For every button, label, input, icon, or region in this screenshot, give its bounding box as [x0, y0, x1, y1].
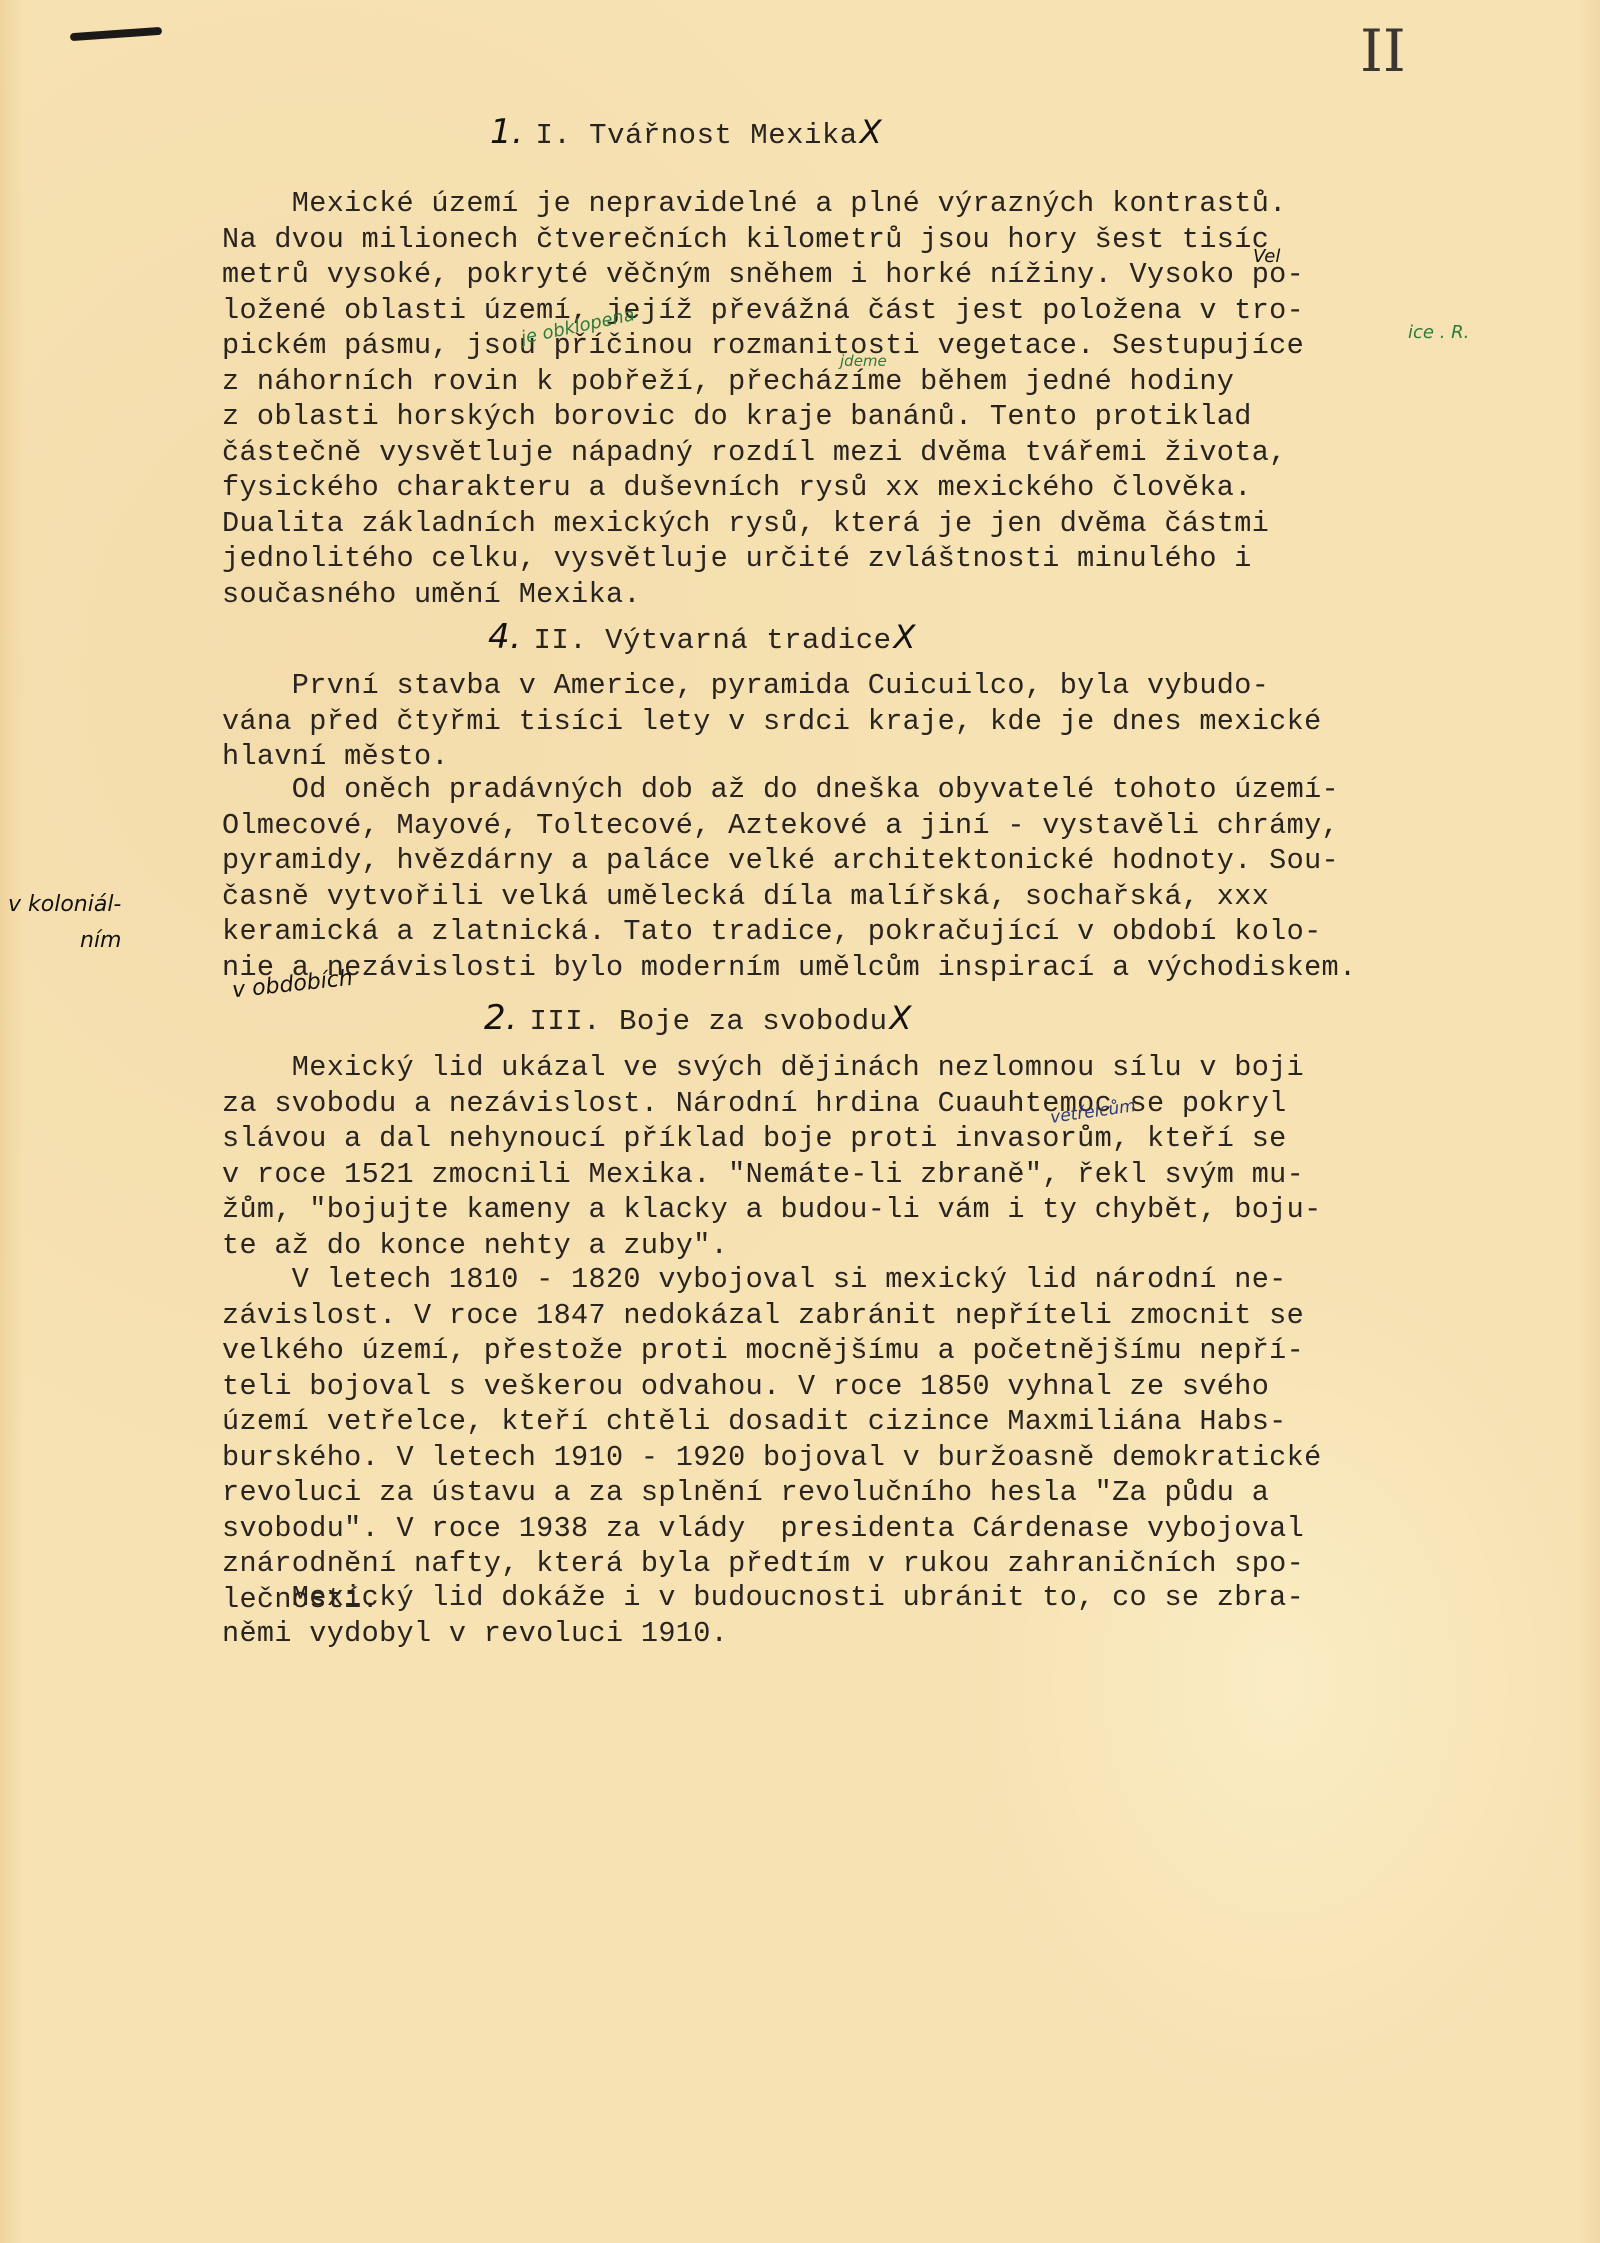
section-3-paragraph-3: Mexický lid dokáže i v budoucnosti ubrán… — [222, 1580, 1522, 1651]
section-heading-3: 2.III. Boje za svoboduX — [484, 998, 912, 1038]
text-line: keramická a zlatnická. Tato tradice, pok… — [222, 914, 1522, 950]
text-line: svobodu". V roce 1938 za vlády president… — [222, 1511, 1522, 1547]
check-mark-icon: X — [890, 999, 912, 1037]
section-2-paragraph-2: Od oněch pradávných dob až do dneška oby… — [222, 772, 1522, 985]
text-line: V letech 1810 - 1820 vybojoval si mexick… — [222, 1262, 1522, 1298]
handwritten-section-number: 1. — [490, 112, 523, 152]
check-mark-icon: X — [894, 618, 916, 656]
text-line: znárodnění nafty, která byla předtím v r… — [222, 1546, 1522, 1582]
handwritten-section-number: 2. — [484, 998, 517, 1038]
text-line: Mexický lid dokáže i v budoucnosti ubrán… — [222, 1580, 1522, 1616]
section-1-paragraph-1: Mexické území je nepravidelné a plné výr… — [222, 186, 1522, 612]
text-line: za svobodu a nezávislost. Národní hrdina… — [222, 1086, 1522, 1122]
text-line: ložené oblasti území, jejíž převážná čás… — [222, 293, 1522, 329]
text-line: metrů vysoké, pokryté věčným sněhem i ho… — [222, 257, 1522, 293]
text-line: území vetřelce, kteří chtěli dosadit ciz… — [222, 1404, 1522, 1440]
text-line: časně vytvořili velká umělecká díla malí… — [222, 879, 1522, 915]
section-title: II. Výtvarná tradice — [533, 624, 891, 657]
text-line: vána před čtyřmi tisíci lety v srdci kra… — [222, 704, 1522, 740]
text-line: velkého území, přestože proti mocnějšímu… — [222, 1333, 1522, 1369]
text-line: slávou a dal nehynoucí příklad boje prot… — [222, 1121, 1522, 1157]
text-line: te až do konce nehty a zuby". — [222, 1228, 1522, 1264]
section-3-paragraph-2: V letech 1810 - 1820 vybojoval si mexick… — [222, 1262, 1522, 1617]
text-line: hlavní město. — [222, 739, 1522, 775]
section-heading-1: 1.I. Tvářnost MexikaX — [490, 112, 882, 152]
text-line: burského. V letech 1910 - 1920 bojoval v… — [222, 1440, 1522, 1476]
top-left-dash-mark — [70, 27, 162, 41]
handwritten-correction: Vel — [1253, 246, 1280, 267]
handwritten-section-number: 4. — [488, 617, 521, 657]
text-line: pyramidy, hvězdárny a paláce velké archi… — [222, 843, 1522, 879]
text-line: v roce 1521 zmocnili Mexika. "Nemáte-li … — [222, 1157, 1522, 1193]
text-line: nie a nezávislosti bylo moderním umělcům… — [222, 950, 1522, 986]
text-line: Mexický lid ukázal ve svých dějinách nez… — [222, 1050, 1522, 1086]
section-3-paragraph-1: Mexický lid ukázal ve svých dějinách nez… — [222, 1050, 1522, 1263]
text-line: němi vydobyl v revoluci 1910. — [222, 1616, 1522, 1652]
section-2-paragraph-1: První stavba v Americe, pyramida Cuicuil… — [222, 668, 1522, 775]
text-line: Na dvou milionech čtverečních kilometrů … — [222, 222, 1522, 258]
handwritten-correction: ice . R. — [1408, 322, 1469, 343]
text-line: fysického charakteru a duševních rysů xx… — [222, 470, 1522, 506]
check-mark-icon: X — [860, 113, 882, 151]
section-title: III. Boje za svobodu — [529, 1005, 887, 1038]
text-line: z oblasti horských borovic do kraje baná… — [222, 399, 1522, 435]
handwritten-correction: jdeme — [840, 352, 887, 370]
margin-annotation: v koloniál- — [8, 892, 121, 917]
text-line: částečně vysvětluje nápadný rozdíl mezi … — [222, 435, 1522, 471]
text-line: Olmecové, Mayové, Toltecové, Aztekové a … — [222, 808, 1522, 844]
margin-annotation: ním — [80, 928, 122, 953]
text-line: První stavba v Americe, pyramida Cuicuil… — [222, 668, 1522, 704]
text-line: závislost. V roce 1847 nedokázal zabráni… — [222, 1298, 1522, 1334]
text-line: současného umění Mexika. — [222, 577, 1522, 613]
text-line: žům, "bojujte kameny a klacky a budou-li… — [222, 1192, 1522, 1228]
text-line: Mexické území je nepravidelné a plné výr… — [222, 186, 1522, 222]
text-line: jednolitého celku, vysvětluje určité zvl… — [222, 541, 1522, 577]
page-number-roman: II — [1360, 22, 1406, 80]
text-line: teli bojoval s veškerou odvahou. V roce … — [222, 1369, 1522, 1405]
section-heading-2: 4.II. Výtvarná tradiceX — [488, 617, 916, 657]
section-title: I. Tvářnost Mexika — [535, 119, 857, 152]
text-line: Od oněch pradávných dob až do dneška oby… — [222, 772, 1522, 808]
text-line: revoluci za ústavu a za splnění revolučn… — [222, 1475, 1522, 1511]
document-page: II 1.I. Tvářnost MexikaX Mexické území j… — [0, 0, 1600, 2243]
text-line: Dualita základních mexických rysů, která… — [222, 506, 1522, 542]
